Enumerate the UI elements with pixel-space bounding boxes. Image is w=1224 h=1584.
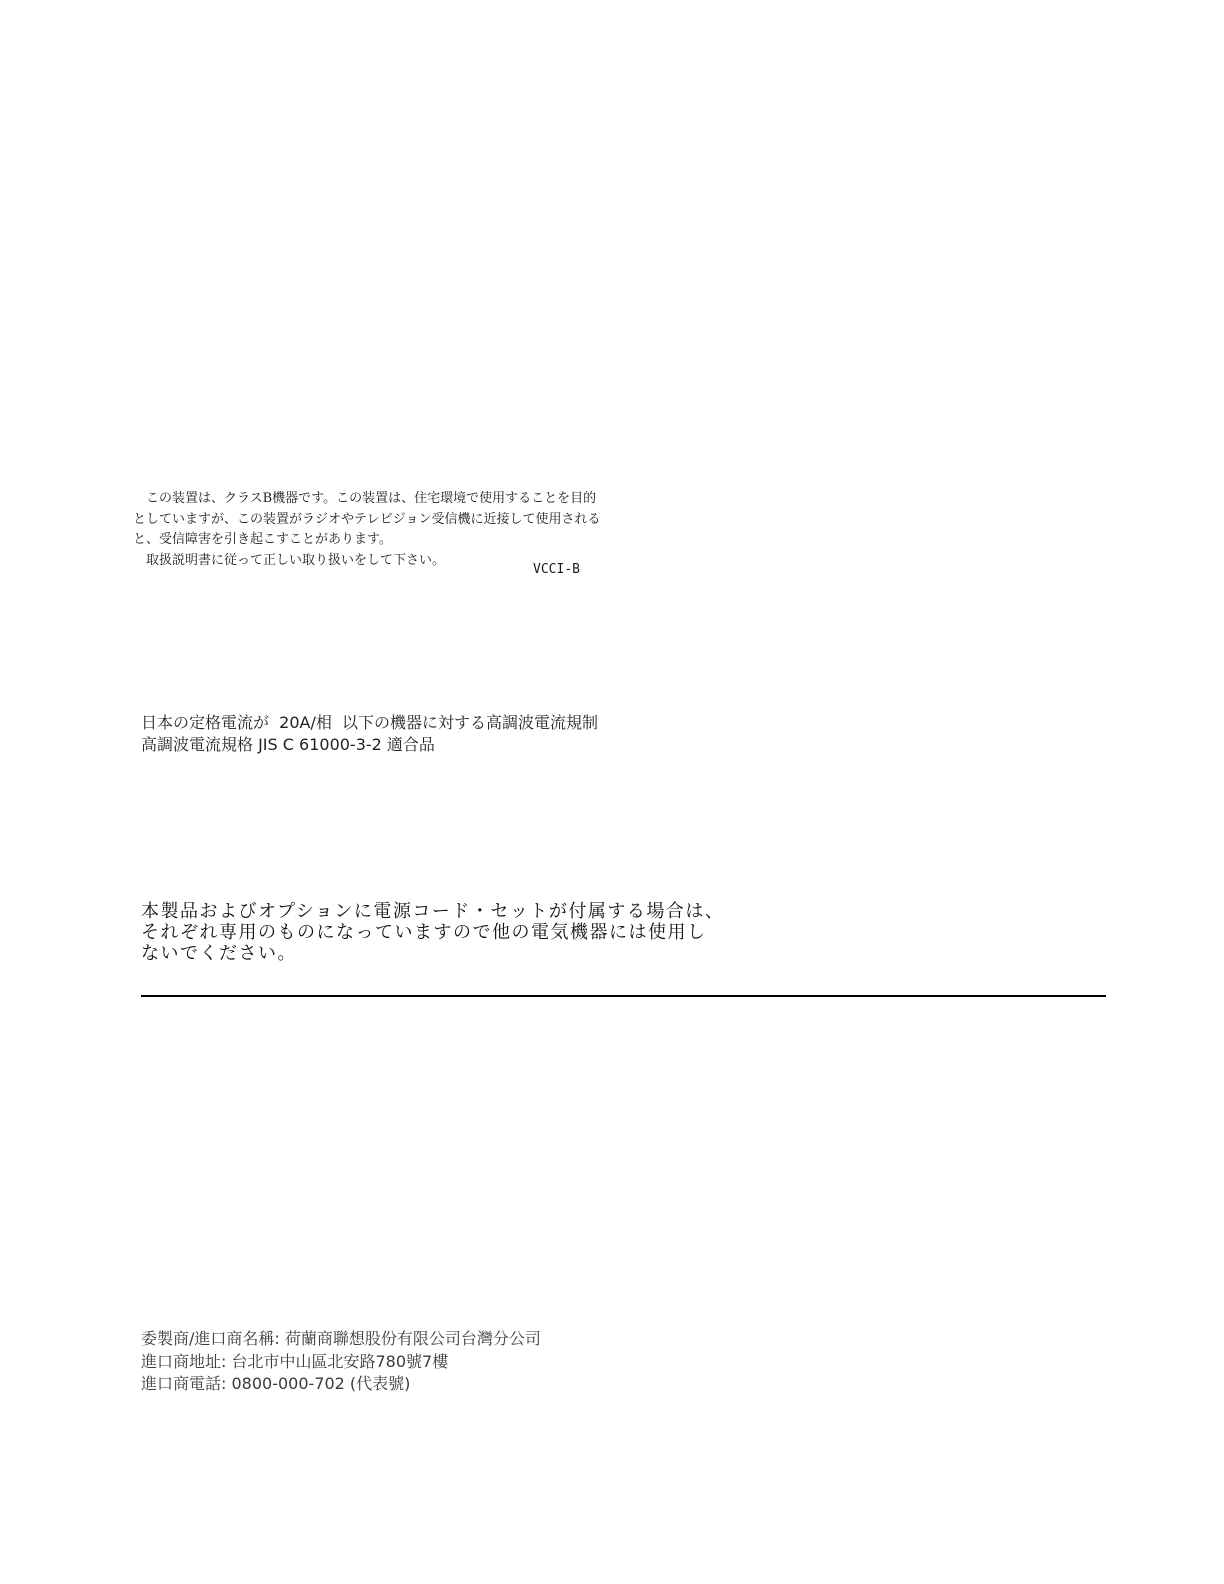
vcci-class-b-notice: この装置は、クラスB機器です。この装置は、住宅環境で使用することを目的 としてい… <box>133 489 580 571</box>
harmonic-current-notice: 日本の定格電流が 20A/相 以下の機器に対する高調波電流規制 高調波電流規格 … <box>141 712 598 756</box>
vcci-notice-line-3: と、受信障害を引き起こすことがあります。 <box>133 530 580 551</box>
vcci-notice-line-2: としていますが、この装置がラジオやテレビジョン受信機に近接して使用される <box>133 510 580 531</box>
importer-phone-line: 進口商電話: 0800-000-702 (代表號) <box>141 1373 541 1396</box>
document-page: この装置は、クラスB機器です。この装置は、住宅環境で使用することを目的 としてい… <box>0 0 1224 1584</box>
power-cord-notice-line-2: それぞれ専用のものになっていますので他の電気機器には使用し <box>141 922 724 943</box>
importer-name-line: 委製商/進口商名稱: 荷蘭商聯想股份有限公司台灣分公司 <box>141 1328 541 1351</box>
importer-address-line: 進口商地址: 台北市中山區北安路780號7樓 <box>141 1351 541 1374</box>
importer-info: 委製商/進口商名稱: 荷蘭商聯想股份有限公司台灣分公司 進口商地址: 台北市中山… <box>141 1328 541 1396</box>
vcci-b-label: VCCI-B <box>133 562 580 577</box>
harmonic-notice-line-2: 高調波電流規格 JIS C 61000-3-2 適合品 <box>141 734 598 756</box>
section-divider <box>141 995 1106 997</box>
power-cord-notice-line-1: 本製品およびオプションに電源コード・セットが付属する場合は、 <box>141 901 724 922</box>
vcci-notice-line-1: この装置は、クラスB機器です。この装置は、住宅環境で使用することを目的 <box>133 489 580 510</box>
power-cord-notice-line-3: ないでください。 <box>141 943 724 964</box>
power-cord-notice: 本製品およびオプションに電源コード・セットが付属する場合は、 それぞれ専用のもの… <box>141 901 724 964</box>
harmonic-notice-line-1: 日本の定格電流が 20A/相 以下の機器に対する高調波電流規制 <box>141 712 598 734</box>
